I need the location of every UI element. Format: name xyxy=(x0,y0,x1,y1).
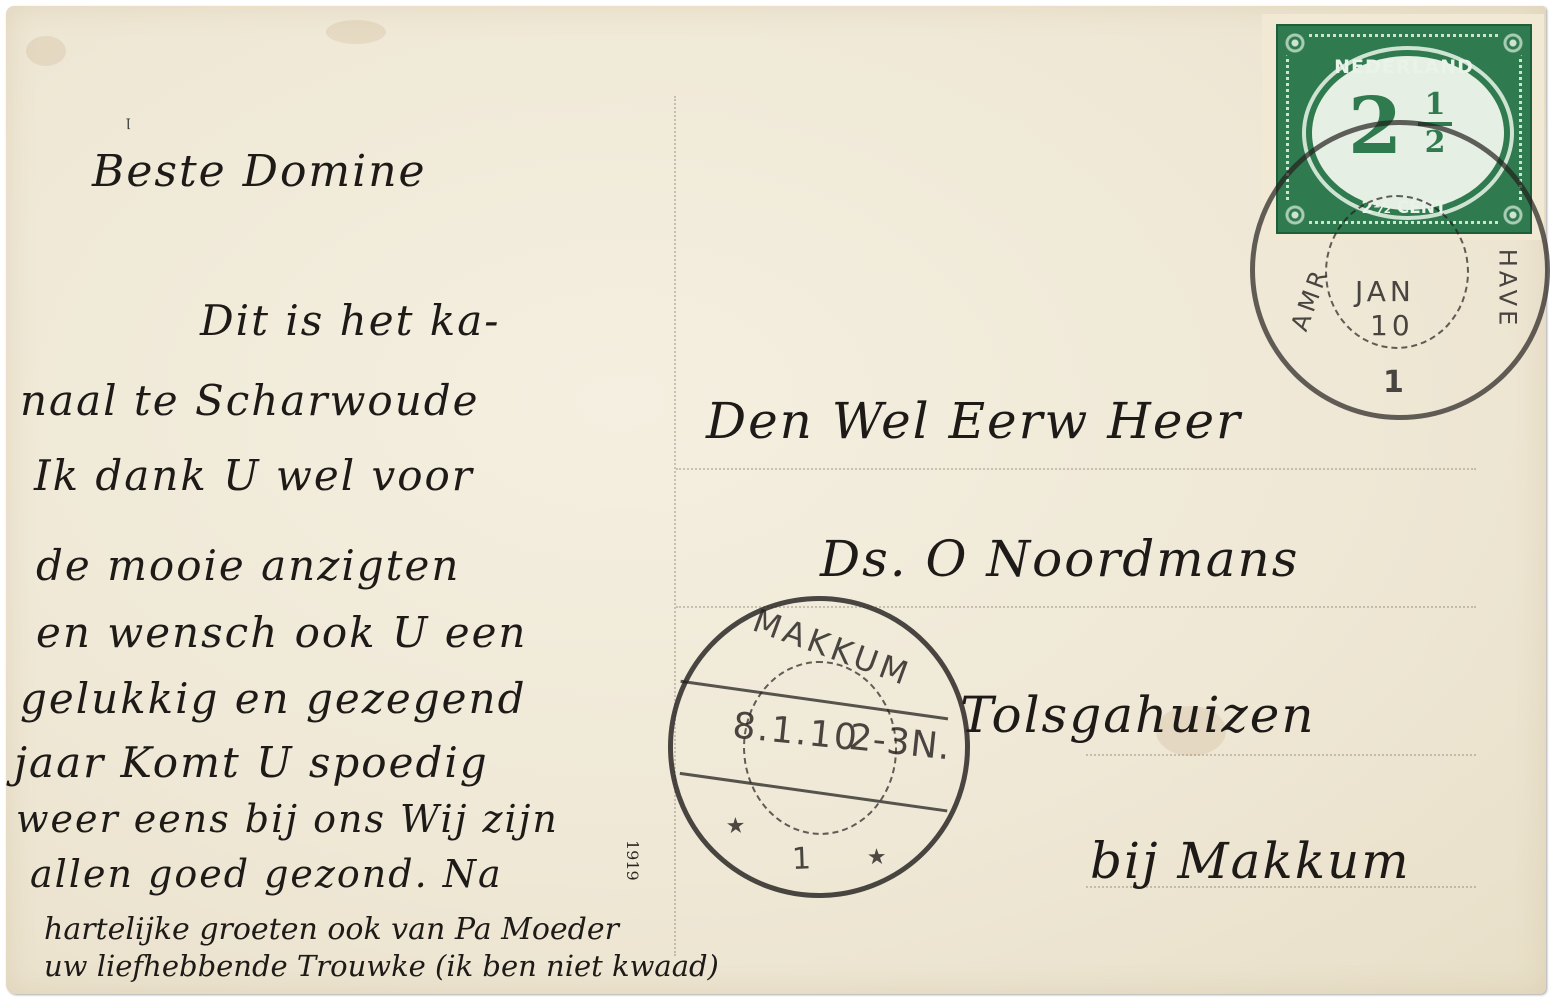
fraction-numerator: 1 xyxy=(1425,87,1446,122)
postmark-jan: JAN 10 AMR HAVE 1 xyxy=(1250,120,1550,420)
pencil-mark: ꞁ xyxy=(126,114,130,130)
postmark-location-right: HAVE xyxy=(1493,249,1521,330)
message-line: allen goed gezond. Na xyxy=(30,855,503,893)
postmark-year: 10 xyxy=(1370,309,1414,342)
message-line: Ik dank U wel voor xyxy=(34,455,474,497)
stain xyxy=(326,20,386,44)
message-line: gelukkig en gezegend xyxy=(20,678,526,720)
address-line: Ds. O Noordmans xyxy=(820,534,1299,584)
postmark-month: JAN xyxy=(1355,275,1415,308)
star-icon: ★ xyxy=(725,814,746,840)
printed-year: 1919 xyxy=(623,840,642,881)
address-line: Tolsgahuizen xyxy=(960,690,1316,740)
address-line: bij Makkum xyxy=(1090,836,1411,886)
postmark-location-left: AMR xyxy=(1285,263,1334,334)
address-line: Den Wel Eerw Heer xyxy=(706,396,1242,446)
postmark-office: 1 xyxy=(1383,365,1408,400)
salutation: Beste Domine xyxy=(92,150,427,194)
center-divider xyxy=(674,96,676,956)
stain xyxy=(26,36,66,66)
stamp-country: NEDERLAND xyxy=(1278,56,1530,78)
message-line: en wensch ook U een xyxy=(36,612,527,654)
message-line: de mooie anzigten xyxy=(36,545,460,587)
signature-line: uw liefhebbende Trouwke (ik ben niet kwa… xyxy=(44,952,719,981)
postmark-office: 1 xyxy=(791,841,815,877)
address-line-1 xyxy=(676,468,1476,470)
rosette-icon xyxy=(1498,28,1528,58)
message-line: weer eens bij ons Wij zijn xyxy=(16,800,559,838)
message-line: Dit is het ka- xyxy=(200,300,501,342)
message-line: jaar Komt U spoedig xyxy=(14,742,489,784)
rosette-icon xyxy=(1280,28,1310,58)
message-line: hartelijke groeten ook van Pa Moeder xyxy=(44,915,619,945)
star-icon: ★ xyxy=(866,845,887,871)
address-line-3 xyxy=(1086,754,1476,756)
message-line: naal te Scharwoude xyxy=(20,380,480,422)
